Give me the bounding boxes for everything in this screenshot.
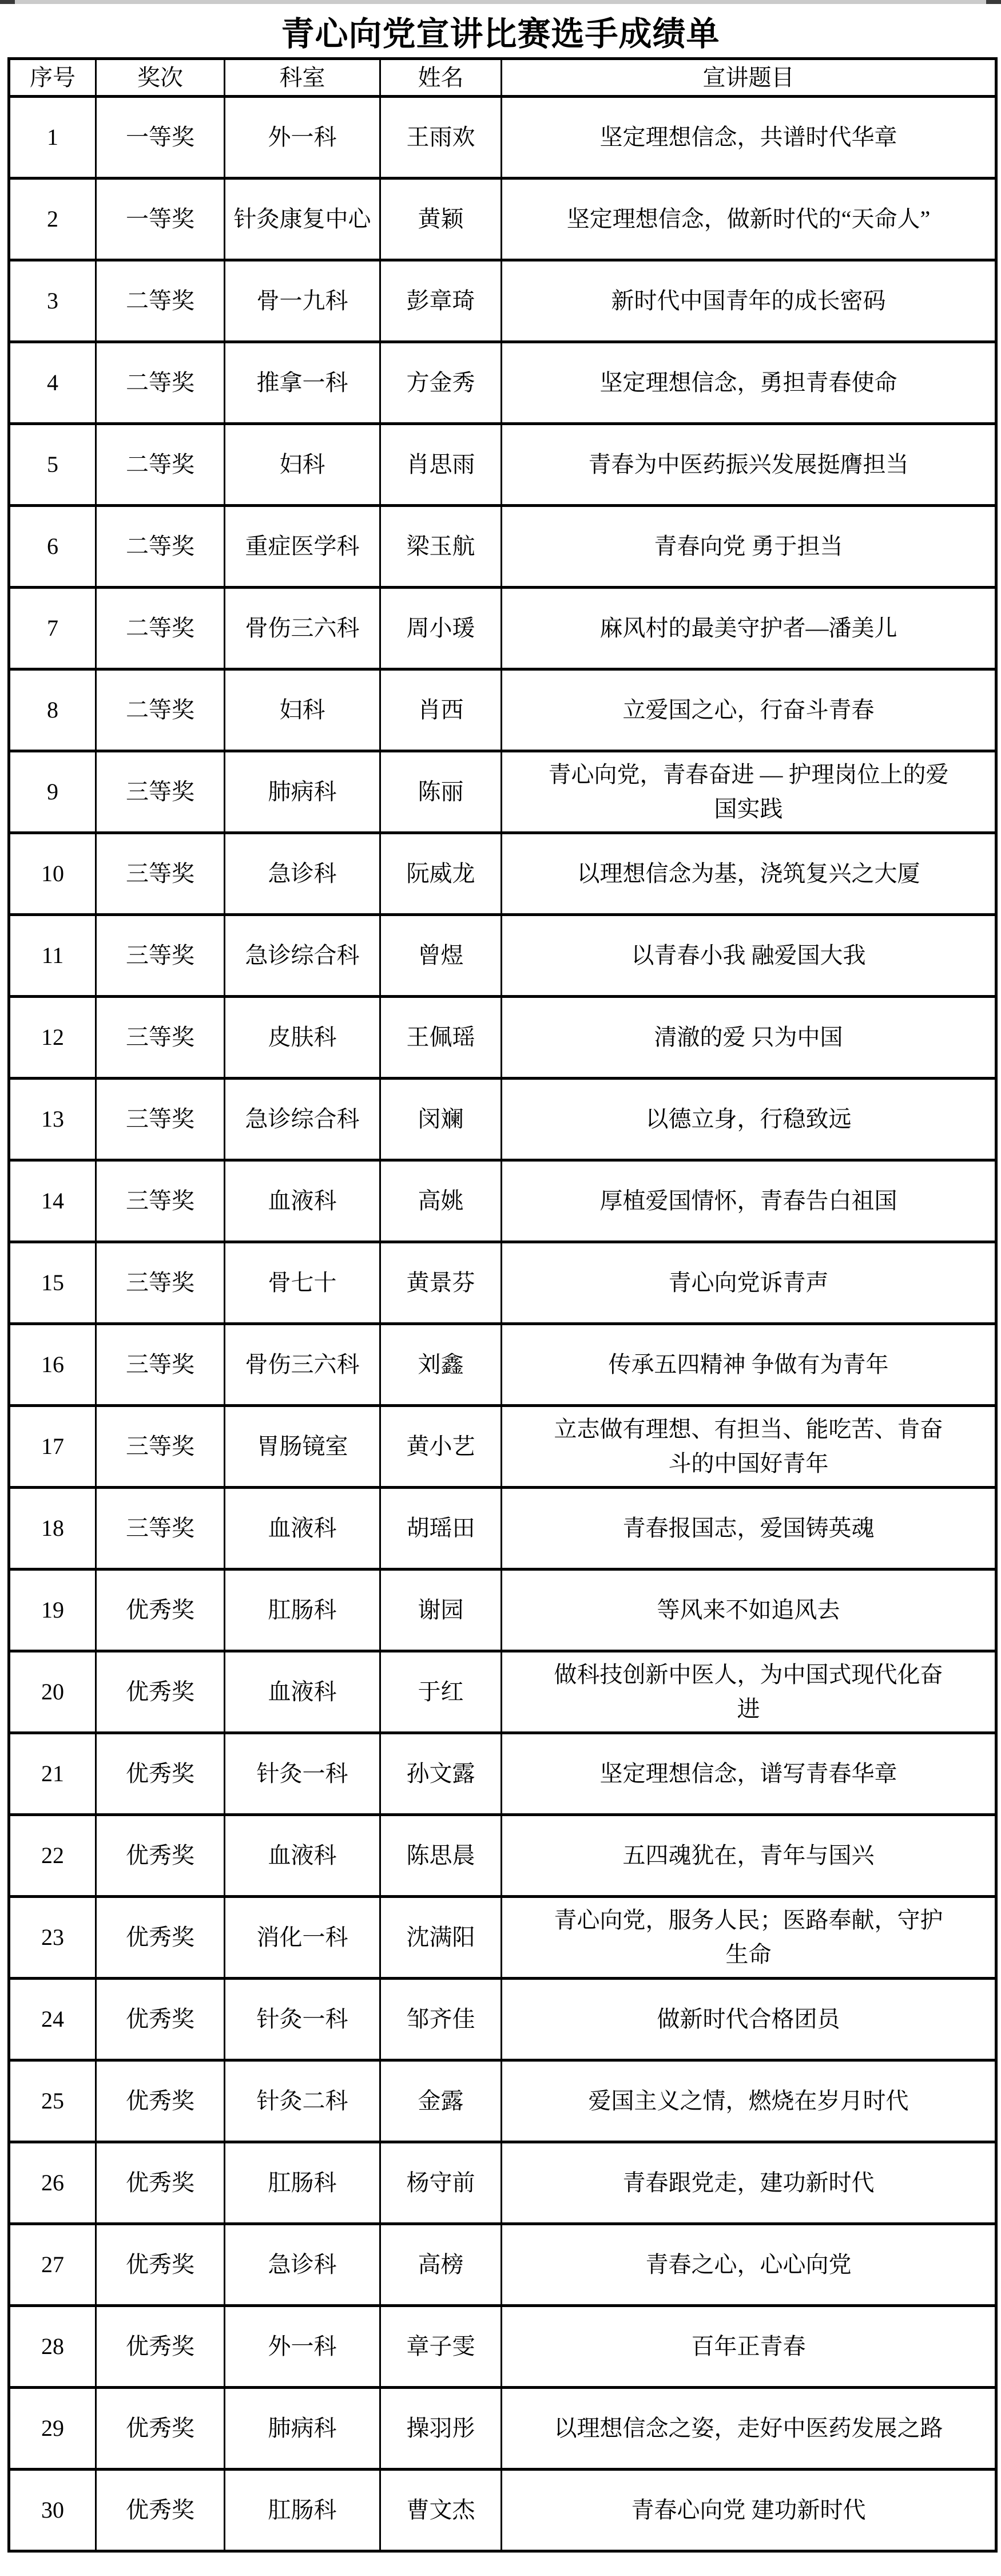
cell-department-text: 针灸一科: [232, 2002, 372, 2036]
cell-award: 二等奖: [96, 588, 225, 669]
table-row: 28优秀奖外一科章子雯百年正青春: [9, 2306, 996, 2388]
cell-name: 王雨欢: [380, 97, 502, 179]
table-row: 11三等奖急诊综合科曾煜以青春小我 融爱国大我: [9, 915, 996, 997]
cell-topic-text: 坚定理想信念，共谱时代华章: [549, 120, 949, 154]
cell-name: 金露: [380, 2060, 502, 2142]
cell-department-text: 肛肠科: [232, 1593, 372, 1627]
table-row: 20优秀奖血液科于红做科技创新中医人，为中国式现代化奋进: [9, 1651, 996, 1733]
cell-department-text: 消化一科: [232, 1920, 372, 1955]
cell-topic: 以理想信念为基，浇筑复兴之大厦: [502, 833, 996, 915]
cell-name: 曾煜: [380, 915, 502, 997]
cell-department: 消化一科: [225, 1897, 380, 1979]
cell-topic-text: 五四魂犹在，青年与国兴: [549, 1838, 949, 1873]
cell-topic-text: 做新时代合格团员: [549, 2002, 949, 2036]
cell-topic: 做科技创新中医人，为中国式现代化奋进: [502, 1651, 996, 1733]
cell-award: 优秀奖: [96, 2470, 225, 2551]
cell-department-text: 皮肤科: [232, 1020, 372, 1055]
cell-award: 三等奖: [96, 1488, 225, 1570]
cell-department: 胃肠镜室: [225, 1406, 380, 1488]
cell-index: 28: [9, 2306, 96, 2388]
column-header-topic: 宣讲题目: [502, 59, 996, 97]
cell-index: 20: [9, 1651, 96, 1733]
cell-award: 优秀奖: [96, 2306, 225, 2388]
cell-index: 24: [9, 1979, 96, 2060]
cell-department: 针灸一科: [225, 1733, 380, 1815]
cell-topic: 清澈的爱 只为中国: [502, 997, 996, 1079]
cell-topic-text: 坚定理想信念，勇担青春使命: [549, 366, 949, 400]
cell-index: 19: [9, 1570, 96, 1651]
cell-department: 肺病科: [225, 751, 380, 833]
cell-department: 血液科: [225, 1651, 380, 1733]
cell-topic: 传承五四精神 争做有为青年: [502, 1324, 996, 1406]
cell-award: 二等奖: [96, 669, 225, 751]
cell-department: 骨七十: [225, 1242, 380, 1324]
cell-topic: 坚定理想信念，勇担青春使命: [502, 342, 996, 424]
table-row: 16三等奖骨伤三六科刘鑫传承五四精神 争做有为青年: [9, 1324, 996, 1406]
cell-department: 妇科: [225, 669, 380, 751]
cell-department: 肛肠科: [225, 1570, 380, 1651]
cell-award: 二等奖: [96, 260, 225, 342]
scan-corner-right: [986, 0, 1001, 4]
table-row: 29优秀奖肺病科操羽彤以理想信念之姿，走好中医药发展之路: [9, 2388, 996, 2470]
cell-department-text: 骨伤三六科: [232, 611, 372, 645]
cell-topic: 以理想信念之姿，走好中医药发展之路: [502, 2388, 996, 2470]
cell-award: 优秀奖: [96, 1897, 225, 1979]
cell-name: 曹文杰: [380, 2470, 502, 2551]
cell-topic: 以德立身，行稳致远: [502, 1079, 996, 1160]
cell-department-text: 重症医学科: [232, 529, 372, 564]
cell-topic-text: 传承五四精神 争做有为青年: [549, 1348, 949, 1382]
title-band: 青心向党宣讲比赛选手成绩单: [0, 4, 1001, 57]
cell-index: 4: [9, 342, 96, 424]
cell-award: 二等奖: [96, 424, 225, 506]
cell-name: 王佩瑶: [380, 997, 502, 1079]
cell-department-text: 血液科: [232, 1675, 372, 1709]
cell-department: 肺病科: [225, 2388, 380, 2470]
cell-department-text: 肛肠科: [232, 2166, 372, 2200]
cell-topic-text: 立志做有理想、有担当、能吃苦、肯奋斗的中国好青年: [549, 1412, 949, 1481]
cell-topic-text: 等风来不如追风去: [549, 1593, 949, 1627]
cell-topic-text: 百年正青春: [549, 2329, 949, 2364]
cell-topic: 等风来不如追风去: [502, 1570, 996, 1651]
cell-department-text: 骨一九科: [232, 284, 372, 318]
cell-department: 骨伤三六科: [225, 588, 380, 669]
cell-index: 15: [9, 1242, 96, 1324]
cell-topic-text: 坚定理想信念，谱写青春华章: [549, 1757, 949, 1791]
cell-department: 皮肤科: [225, 997, 380, 1079]
cell-name: 肖思雨: [380, 424, 502, 506]
table-row: 3二等奖骨一九科彭章琦新时代中国青年的成长密码: [9, 260, 996, 342]
cell-index: 23: [9, 1897, 96, 1979]
cell-department: 肛肠科: [225, 2142, 380, 2224]
page-top-edge: [0, 0, 1001, 4]
cell-department: 重症医学科: [225, 506, 380, 588]
cell-award: 三等奖: [96, 997, 225, 1079]
table-row: 30优秀奖肛肠科曹文杰青春心向党 建功新时代: [9, 2470, 996, 2551]
cell-name: 章子雯: [380, 2306, 502, 2388]
cell-topic-text: 麻风村的最美守护者—潘美儿: [549, 611, 949, 645]
cell-name: 胡瑶田: [380, 1488, 502, 1570]
cell-topic-text: 立爱国之心，行奋斗青春: [549, 693, 949, 727]
results-table: 序号奖次科室姓名宣讲题目 1一等奖外一科王雨欢坚定理想信念，共谱时代华章2一等奖…: [7, 57, 998, 2553]
cell-department: 血液科: [225, 1488, 380, 1570]
table-row: 5二等奖妇科肖思雨青春为中医药振兴发展挺膺担当: [9, 424, 996, 506]
table-row: 6二等奖重症医学科梁玉航青春向党 勇于担当: [9, 506, 996, 588]
cell-index: 16: [9, 1324, 96, 1406]
cell-award: 三等奖: [96, 1242, 225, 1324]
scan-corner-left: [0, 0, 15, 4]
cell-index: 10: [9, 833, 96, 915]
cell-topic: 立爱国之心，行奋斗青春: [502, 669, 996, 751]
cell-name: 黄颖: [380, 179, 502, 260]
cell-award: 三等奖: [96, 833, 225, 915]
cell-topic: 青春跟党走，建功新时代: [502, 2142, 996, 2224]
cell-department-text: 血液科: [232, 1184, 372, 1218]
cell-index: 1: [9, 97, 96, 179]
cell-topic: 青春为中医药振兴发展挺膺担当: [502, 424, 996, 506]
cell-name: 陈丽: [380, 751, 502, 833]
cell-topic-text: 青春心向党 建功新时代: [549, 2493, 949, 2527]
cell-name: 高姚: [380, 1160, 502, 1242]
cell-department-text: 血液科: [232, 1838, 372, 1873]
cell-department: 肛肠科: [225, 2470, 380, 2551]
cell-name: 肖西: [380, 669, 502, 751]
cell-name: 陈思晨: [380, 1815, 502, 1897]
cell-award: 三等奖: [96, 1324, 225, 1406]
cell-topic: 厚植爱国情怀，青春告白祖国: [502, 1160, 996, 1242]
cell-award: 优秀奖: [96, 1979, 225, 2060]
cell-name: 邹齐佳: [380, 1979, 502, 2060]
table-row: 10三等奖急诊科阮威龙以理想信念为基，浇筑复兴之大厦: [9, 833, 996, 915]
cell-department: 急诊综合科: [225, 1079, 380, 1160]
cell-name: 周小瑗: [380, 588, 502, 669]
cell-department-text: 妇科: [232, 447, 372, 482]
column-header-name: 姓名: [380, 59, 502, 97]
cell-award: 三等奖: [96, 1079, 225, 1160]
cell-department-text: 急诊科: [232, 857, 372, 891]
cell-department: 血液科: [225, 1160, 380, 1242]
column-header-award: 奖次: [96, 59, 225, 97]
cell-topic: 坚定理想信念，做新时代的“天命人”: [502, 179, 996, 260]
cell-department: 急诊科: [225, 2224, 380, 2306]
column-header-index: 序号: [9, 59, 96, 97]
cell-name: 黄小艺: [380, 1406, 502, 1488]
cell-topic-text: 青心向党诉青声: [549, 1266, 949, 1300]
cell-topic: 爱国主义之情，燃烧在岁月时代: [502, 2060, 996, 2142]
cell-topic: 立志做有理想、有担当、能吃苦、肯奋斗的中国好青年: [502, 1406, 996, 1488]
cell-department-text: 针灸二科: [232, 2084, 372, 2118]
cell-department-text: 肺病科: [232, 2411, 372, 2446]
cell-department: 急诊科: [225, 833, 380, 915]
table-row: 21优秀奖针灸一科孙文露坚定理想信念，谱写青春华章: [9, 1733, 996, 1815]
cell-topic: 青心向党诉青声: [502, 1242, 996, 1324]
table-row: 9三等奖肺病科陈丽青心向党，青春奋进 — 护理岗位上的爱国实践: [9, 751, 996, 833]
table-row: 27优秀奖急诊科高榜青春之心，心心向党: [9, 2224, 996, 2306]
cell-award: 优秀奖: [96, 2224, 225, 2306]
cell-department: 血液科: [225, 1815, 380, 1897]
cell-award: 优秀奖: [96, 2388, 225, 2470]
cell-department-text: 骨伤三六科: [232, 1348, 372, 1382]
cell-award: 优秀奖: [96, 2142, 225, 2224]
cell-topic-text: 厚植爱国情怀，青春告白祖国: [549, 1184, 949, 1218]
cell-department: 骨一九科: [225, 260, 380, 342]
cell-index: 8: [9, 669, 96, 751]
cell-department-text: 针灸一科: [232, 1757, 372, 1791]
cell-topic-text: 爱国主义之情，燃烧在岁月时代: [549, 2084, 949, 2118]
cell-name: 梁玉航: [380, 506, 502, 588]
table-row: 8二等奖妇科肖西立爱国之心，行奋斗青春: [9, 669, 996, 751]
cell-index: 6: [9, 506, 96, 588]
cell-topic-text: 青心向党，青春奋进 — 护理岗位上的爱国实践: [549, 758, 949, 826]
cell-topic: 青春心向党 建功新时代: [502, 2470, 996, 2551]
cell-department-text: 针灸康复中心: [232, 202, 372, 236]
cell-topic-text: 青春之心，心心向党: [549, 2248, 949, 2282]
table-row: 15三等奖骨七十黄景芬青心向党诉青声: [9, 1242, 996, 1324]
table-row: 22优秀奖血液科陈思晨五四魂犹在，青年与国兴: [9, 1815, 996, 1897]
cell-department-text: 肛肠科: [232, 2493, 372, 2527]
cell-award: 优秀奖: [96, 1815, 225, 1897]
cell-index: 5: [9, 424, 96, 506]
cell-index: 30: [9, 2470, 96, 2551]
cell-topic-text: 青春报国志，爱国铸英魂: [549, 1511, 949, 1545]
cell-department-text: 急诊综合科: [232, 938, 372, 973]
cell-award: 优秀奖: [96, 1733, 225, 1815]
table-row: 24优秀奖针灸一科邹齐佳做新时代合格团员: [9, 1979, 996, 2060]
table-row: 23优秀奖消化一科沈满阳青心向党，服务人民；医路奉献，守护生命: [9, 1897, 996, 1979]
cell-award: 三等奖: [96, 751, 225, 833]
cell-topic-text: 以理想信念之姿，走好中医药发展之路: [549, 2411, 949, 2446]
table-row: 14三等奖血液科高姚厚植爱国情怀，青春告白祖国: [9, 1160, 996, 1242]
header-row: 序号奖次科室姓名宣讲题目: [9, 59, 996, 97]
cell-topic-text: 以青春小我 融爱国大我: [549, 938, 949, 973]
cell-topic-text: 新时代中国青年的成长密码: [549, 284, 949, 318]
cell-index: 25: [9, 2060, 96, 2142]
cell-name: 刘鑫: [380, 1324, 502, 1406]
cell-department: 急诊综合科: [225, 915, 380, 997]
cell-award: 三等奖: [96, 1406, 225, 1488]
cell-topic: 坚定理想信念，谱写青春华章: [502, 1733, 996, 1815]
cell-topic: 坚定理想信念，共谱时代华章: [502, 97, 996, 179]
cell-name: 沈满阳: [380, 1897, 502, 1979]
cell-name: 黄景芬: [380, 1242, 502, 1324]
cell-department-text: 妇科: [232, 693, 372, 727]
cell-department-text: 外一科: [232, 2329, 372, 2364]
cell-award: 优秀奖: [96, 1570, 225, 1651]
cell-department-text: 推拿一科: [232, 366, 372, 400]
cell-topic: 青春向党 勇于担当: [502, 506, 996, 588]
cell-department-text: 急诊综合科: [232, 1102, 372, 1136]
table-row: 17三等奖胃肠镜室黄小艺立志做有理想、有担当、能吃苦、肯奋斗的中国好青年: [9, 1406, 996, 1488]
cell-award: 二等奖: [96, 506, 225, 588]
cell-name: 阮威龙: [380, 833, 502, 915]
cell-topic: 新时代中国青年的成长密码: [502, 260, 996, 342]
table-row: 4二等奖推拿一科方金秀坚定理想信念，勇担青春使命: [9, 342, 996, 424]
cell-topic: 青心向党，青春奋进 — 护理岗位上的爱国实践: [502, 751, 996, 833]
column-header-department: 科室: [225, 59, 380, 97]
cell-name: 方金秀: [380, 342, 502, 424]
cell-topic: 做新时代合格团员: [502, 1979, 996, 2060]
cell-department: 推拿一科: [225, 342, 380, 424]
table-row: 26优秀奖肛肠科杨守前青春跟党走，建功新时代: [9, 2142, 996, 2224]
cell-index: 11: [9, 915, 96, 997]
cell-index: 3: [9, 260, 96, 342]
cell-award: 一等奖: [96, 97, 225, 179]
cell-index: 27: [9, 2224, 96, 2306]
cell-award: 三等奖: [96, 915, 225, 997]
cell-topic: 百年正青春: [502, 2306, 996, 2388]
table-row: 13三等奖急诊综合科闵斓以德立身，行稳致远: [9, 1079, 996, 1160]
cell-department: 外一科: [225, 97, 380, 179]
cell-award: 二等奖: [96, 342, 225, 424]
cell-topic: 以青春小我 融爱国大我: [502, 915, 996, 997]
cell-topic-text: 以理想信念为基，浇筑复兴之大厦: [549, 857, 949, 891]
cell-award: 优秀奖: [96, 1651, 225, 1733]
cell-index: 29: [9, 2388, 96, 2470]
cell-index: 18: [9, 1488, 96, 1570]
cell-index: 17: [9, 1406, 96, 1488]
cell-department-text: 血液科: [232, 1511, 372, 1545]
cell-name: 闵斓: [380, 1079, 502, 1160]
cell-topic: 麻风村的最美守护者—潘美儿: [502, 588, 996, 669]
cell-department: 针灸一科: [225, 1979, 380, 2060]
cell-index: 21: [9, 1733, 96, 1815]
cell-name: 谢园: [380, 1570, 502, 1651]
cell-topic-text: 清澈的爱 只为中国: [549, 1020, 949, 1055]
cell-name: 彭章琦: [380, 260, 502, 342]
cell-department: 骨伤三六科: [225, 1324, 380, 1406]
cell-department: 针灸二科: [225, 2060, 380, 2142]
cell-department-text: 肺病科: [232, 775, 372, 809]
table-row: 7二等奖骨伤三六科周小瑗麻风村的最美守护者—潘美儿: [9, 588, 996, 669]
cell-name: 杨守前: [380, 2142, 502, 2224]
cell-department-text: 急诊科: [232, 2248, 372, 2282]
cell-topic-text: 青心向党，服务人民；医路奉献，守护生命: [549, 1903, 949, 1972]
cell-index: 12: [9, 997, 96, 1079]
cell-topic-text: 做科技创新中医人，为中国式现代化奋进: [549, 1658, 949, 1726]
cell-topic-text: 青春跟党走，建功新时代: [549, 2166, 949, 2200]
cell-department-text: 胃肠镜室: [232, 1429, 372, 1464]
cell-award: 三等奖: [96, 1160, 225, 1242]
table-row: 12三等奖皮肤科王佩瑶清澈的爱 只为中国: [9, 997, 996, 1079]
cell-award: 一等奖: [96, 179, 225, 260]
cell-name: 于红: [380, 1651, 502, 1733]
table-row: 18三等奖血液科胡瑶田青春报国志，爱国铸英魂: [9, 1488, 996, 1570]
cell-index: 26: [9, 2142, 96, 2224]
cell-index: 22: [9, 1815, 96, 1897]
cell-index: 7: [9, 588, 96, 669]
cell-topic-text: 青春向党 勇于担当: [549, 529, 949, 564]
cell-index: 14: [9, 1160, 96, 1242]
cell-topic: 五四魂犹在，青年与国兴: [502, 1815, 996, 1897]
table-row: 19优秀奖肛肠科谢园等风来不如追风去: [9, 1570, 996, 1651]
cell-department: 妇科: [225, 424, 380, 506]
cell-index: 9: [9, 751, 96, 833]
cell-name: 操羽彤: [380, 2388, 502, 2470]
cell-index: 2: [9, 179, 96, 260]
page-title: 青心向党宣讲比赛选手成绩单: [281, 7, 720, 55]
cell-award: 优秀奖: [96, 2060, 225, 2142]
cell-topic-text: 青春为中医药振兴发展挺膺担当: [549, 447, 949, 482]
cell-topic-text: 以德立身，行稳致远: [549, 1102, 949, 1136]
table-row: 1一等奖外一科王雨欢坚定理想信念，共谱时代华章: [9, 97, 996, 179]
cell-department: 外一科: [225, 2306, 380, 2388]
cell-index: 13: [9, 1079, 96, 1160]
cell-name: 孙文露: [380, 1733, 502, 1815]
table-row: 2一等奖针灸康复中心黄颖坚定理想信念，做新时代的“天命人”: [9, 179, 996, 260]
cell-topic-text: 坚定理想信念，做新时代的“天命人”: [549, 202, 949, 236]
cell-name: 高榜: [380, 2224, 502, 2306]
cell-department: 针灸康复中心: [225, 179, 380, 260]
cell-topic: 青春之心，心心向党: [502, 2224, 996, 2306]
table-row: 25优秀奖针灸二科金露爱国主义之情，燃烧在岁月时代: [9, 2060, 996, 2142]
cell-department-text: 骨七十: [232, 1266, 372, 1300]
cell-department-text: 外一科: [232, 120, 372, 154]
cell-topic: 青春报国志，爱国铸英魂: [502, 1488, 996, 1570]
cell-topic: 青心向党，服务人民；医路奉献，守护生命: [502, 1897, 996, 1979]
